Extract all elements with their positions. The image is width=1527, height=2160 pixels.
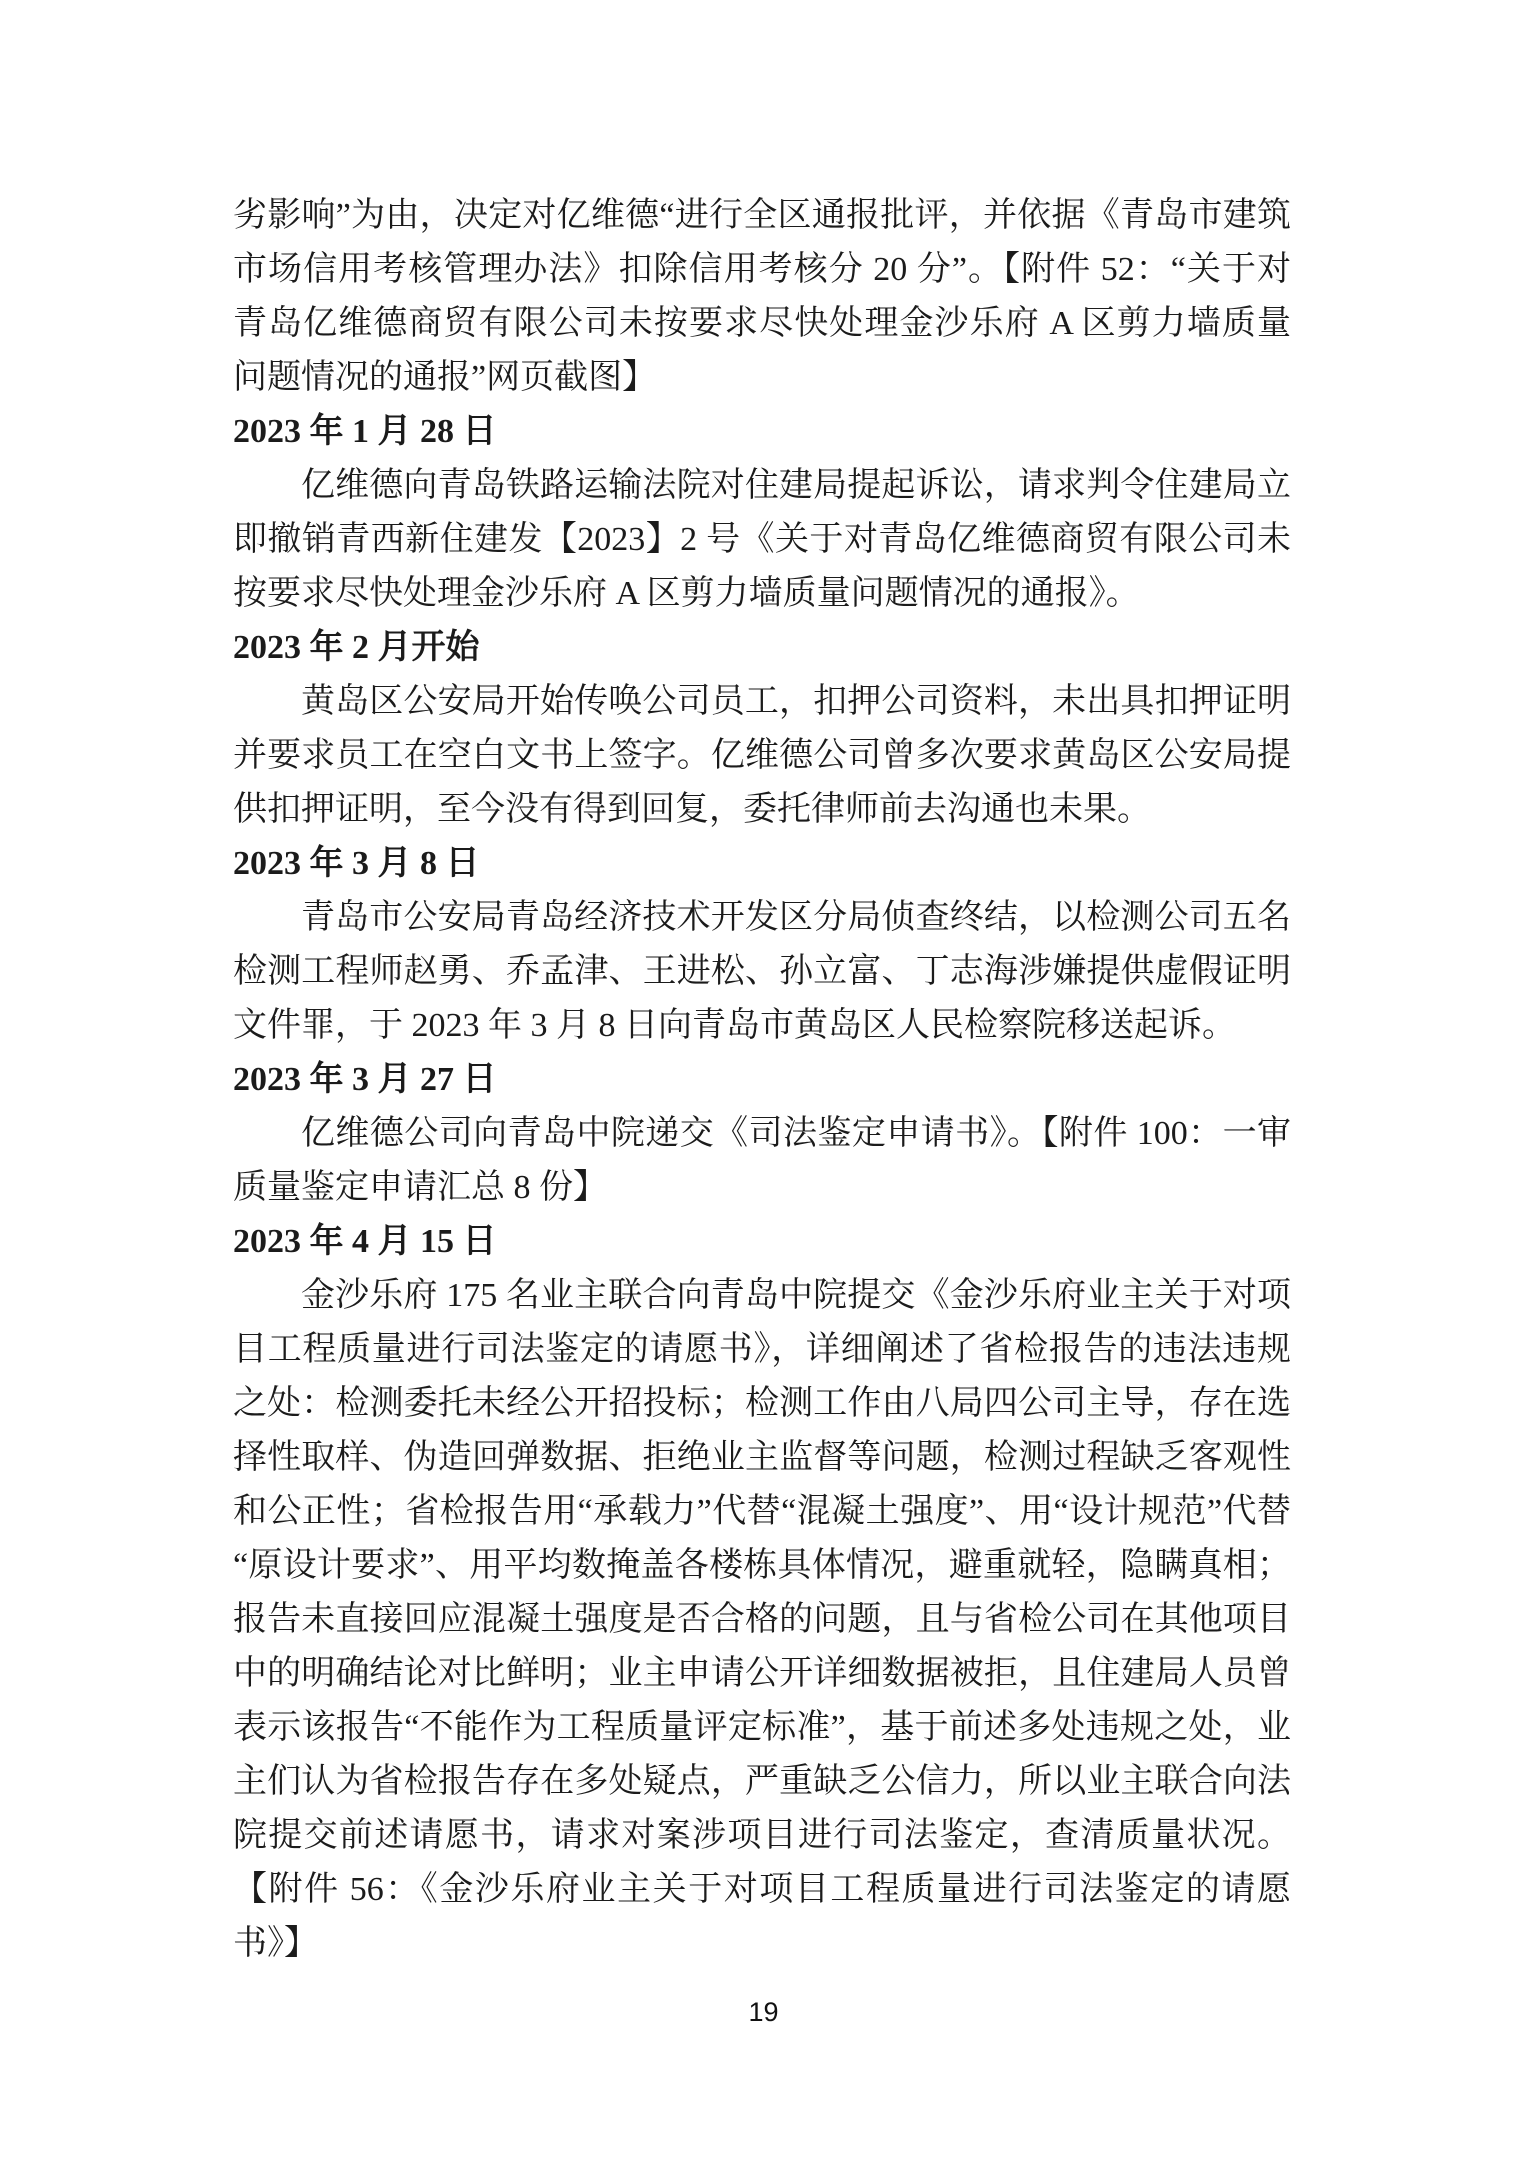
timeline-content: 劣影响”为由，决定对亿维德“进行全区通报批评，并依据《青岛市建筑市场信用考核管理… [233,189,1291,1971]
page-footer: 19 [0,1997,1527,2028]
paragraph-owners-petition: 金沙乐府 175 名业主联合向青岛中院提交《金沙乐府业主关于对项目工程质量进行司… [233,1269,1291,1971]
paragraph-judicial-appraisal-application: 亿维德公司向青岛中院递交《司法鉴定申请书》。【附件 100：一审质量鉴定申请汇总… [233,1107,1291,1215]
date-heading-2023-01-28: 2023 年 1 月 28 日 [233,405,1291,459]
date-heading-2023-03-27: 2023 年 3 月 27 日 [233,1053,1291,1107]
paragraph-notice-continuation: 劣影响”为由，决定对亿维德“进行全区通报批评，并依据《青岛市建筑市场信用考核管理… [233,189,1291,405]
date-heading-2023-02: 2023 年 2 月开始 [233,621,1291,675]
date-heading-2023-04-15: 2023 年 4 月 15 日 [233,1215,1291,1269]
paragraph-lawsuit-filed: 亿维德向青岛铁路运输法院对住建局提起诉讼，请求判令住建局立即撤销青西新住建发【2… [233,459,1291,621]
document-page: 劣影响”为由，决定对亿维德“进行全区通报批评，并依据《青岛市建筑市场信用考核管理… [0,0,1527,2160]
paragraph-investigation-concluded: 青岛市公安局青岛经济技术开发区分局侦查终结，以检测公司五名检测工程师赵勇、乔孟津… [233,891,1291,1053]
paragraph-police-summons: 黄岛区公安局开始传唤公司员工，扣押公司资料，未出具扣押证明并要求员工在空白文书上… [233,675,1291,837]
page-number: 19 [748,1997,778,2027]
date-heading-2023-03-08: 2023 年 3 月 8 日 [233,837,1291,891]
